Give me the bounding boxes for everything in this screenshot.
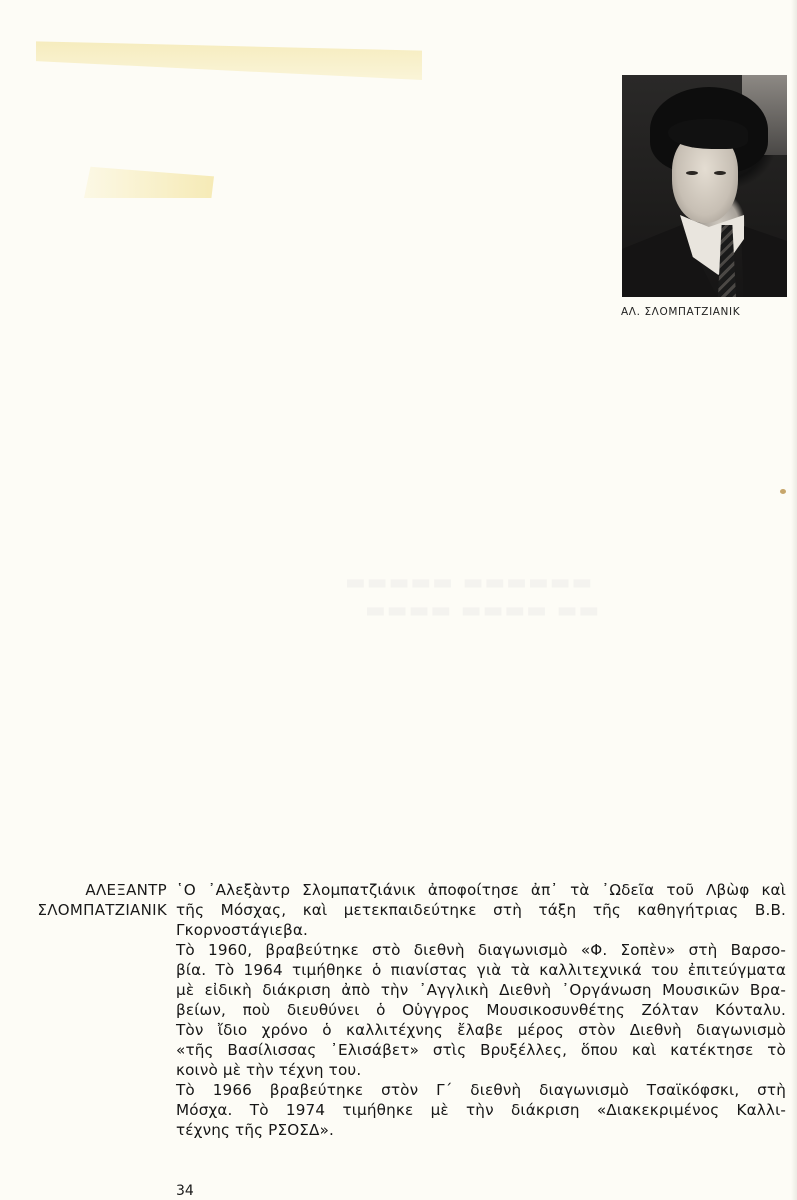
bio-line: Τὸ 1960, βραβεύτηκε στὸ διεθνὴ διαγωνισμ… xyxy=(176,940,786,960)
biography-text: ῾Ο ᾿Αλεξὰντρ Σλομπατζιάνικ ἀποφοίτησε ἀπ… xyxy=(176,880,786,1140)
bio-line: βία. Τὸ 1964 τιμήθηκε ὁ πιανίστας γιὰ τὰ… xyxy=(176,960,786,980)
bio-paragraph: Τὸ 1960, βραβεύτηκε στὸ διεθνὴ διαγωνισμ… xyxy=(176,940,786,1080)
paper-speck xyxy=(780,489,786,494)
show-through-text: ▬▬▬▬ ▬▬▬▬ ▬▬ xyxy=(365,598,600,623)
bio-paragraph: Τὸ 1966 βραβεύτηκε στὸν Γ΄ διεθνὴ διαγων… xyxy=(176,1080,786,1140)
bio-line: «τῆς Βασίλισσας ᾿Ελισάβετ» στὶς Βρυξέλλε… xyxy=(176,1040,786,1060)
bio-line: κοινὸ μὲ τὴν τέχνη του. xyxy=(176,1060,786,1080)
bio-line: Τὸ 1966 βραβεύτηκε στὸν Γ΄ διεθνὴ διαγων… xyxy=(176,1080,786,1100)
entry-name-line: ΣΛΟΜΠΑΤΖΙΑΝΙΚ xyxy=(37,900,167,920)
show-through-text: ▬▬▬▬▬ ▬▬▬▬▬▬ xyxy=(345,570,593,595)
page-number: 34 xyxy=(176,1183,194,1199)
bio-paragraph: ῾Ο ᾿Αλεξὰντρ Σλομπατζιάνικ ἀποφοίτησε ἀπ… xyxy=(176,880,786,940)
bio-line: Μόσχα. Τὸ 1974 τιμήθηκε μὲ τὴν διάκριση … xyxy=(176,1100,786,1120)
entry-name: ΑΛΕΞΑΝΤΡ ΣΛΟΜΠΑΤΖΙΑΝΙΚ xyxy=(37,880,167,920)
tape-stain-small xyxy=(84,150,214,198)
bio-line: Γκορνοστάγιεβα. xyxy=(176,920,786,940)
bio-line: ῾Ο ᾿Αλεξὰντρ Σλομπατζιάνικ ἀποφοίτησε ἀπ… xyxy=(176,880,786,900)
bio-line: βείων, ποὺ διευθύνει ὁ Οὑγγρος Μουσικοσυ… xyxy=(176,1000,786,1020)
photo-caption: ΑΛ. ΣΛΟΜΠΑΤΖΙΑΝΙΚ xyxy=(621,306,740,318)
photo-eye xyxy=(686,171,698,175)
bio-line: τέχνης τῆς ΡΣΟΣΔ». xyxy=(176,1120,786,1140)
bio-line: τῆς Μόσχας, καὶ μετεκπαιδεύτηκε στὴ τάξη… xyxy=(176,900,786,920)
entry-name-line: ΑΛΕΞΑΝΤΡ xyxy=(37,880,167,900)
portrait-photo xyxy=(622,75,787,297)
bio-line: μὲ εἰδικὴ διάκριση ἀπὸ τὴν ᾿Αγγλικὴ Διεθ… xyxy=(176,980,786,1000)
bio-line: Τὸν ἴδιο χρόνο ὁ καλλιτέχνης ἔλαβε μέρος… xyxy=(176,1020,786,1040)
photo-eye xyxy=(714,171,726,175)
page-edge-shadow xyxy=(791,0,797,1200)
tape-stain-top xyxy=(36,38,422,80)
